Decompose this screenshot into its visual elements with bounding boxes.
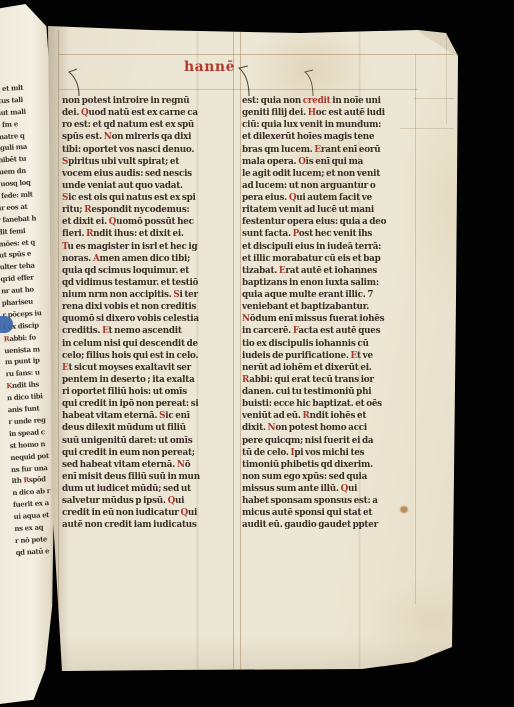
ink-segment: nium nrm non accipitis. <box>62 290 173 300</box>
text-line: et dilexerūt hoīes magis tene <box>242 131 416 143</box>
ink-segment: phibēt tu <box>0 154 26 165</box>
ink-segment: ic enī <box>165 411 190 421</box>
ink-segment: nerūt ad iohēm et dixerūt ei. <box>242 363 372 373</box>
ink-segment: non potest introire in regnū <box>62 96 189 106</box>
text-line: ritu; Respondit nycodemus: <box>62 204 236 216</box>
ink-segment: unde veniat aut quo vadat. <box>62 181 183 191</box>
ink-segment: geniti filij dei. <box>242 108 308 118</box>
ruling-line <box>58 54 454 55</box>
rubric-segment: credit <box>303 96 331 106</box>
ink-segment: uomō possūt hec <box>116 217 194 227</box>
text-line: vocem eius audis: sed nescis <box>62 168 236 180</box>
rubric-segment: N <box>104 132 112 142</box>
rubric-segment: N <box>177 460 185 470</box>
ink-segment: men amen dico tibi; <box>100 254 191 264</box>
text-line: qd vidimus testamur. et testiō <box>62 277 236 289</box>
text-line: ad lucem: ut non arguantur o <box>242 180 416 192</box>
ink-segment: fuerit ex a <box>13 498 49 509</box>
ink-segment: anis funt <box>7 404 39 415</box>
ink-segment: qui credit in eum non pereat; <box>62 448 195 458</box>
text-line: suū unigenitū daret: ut omīs <box>62 435 236 447</box>
ink-segment: ui <box>188 508 197 518</box>
ink-segment: spōd <box>29 475 46 485</box>
ink-segment: uod natū est ex carne ca <box>88 108 197 118</box>
ruling-line <box>58 30 59 670</box>
text-line: ri oportet filiū hois: ut omīs <box>62 386 236 398</box>
ink-segment: pera eius. <box>242 193 289 203</box>
ink-segment: rat autē et iohannes <box>285 266 377 276</box>
text-line: veniūt ad eū. Rndit iohēs et <box>242 410 416 422</box>
ink-segment: veniūt ad eū. <box>242 411 303 421</box>
rubric-segment: N <box>242 314 250 324</box>
ink-segment: spūs est. <box>62 132 104 142</box>
ink-segment: micus autē sponsi qui stat et <box>242 508 372 518</box>
ink-segment: deus dilexit mūdum ut filiū <box>62 423 186 433</box>
text-line: ritatem venit ad lucē ut mani <box>242 204 416 216</box>
ink-segment: ur eos at <box>0 202 28 213</box>
ink-segment: ns fur una <box>11 463 48 474</box>
text-line: sunt facta. Post hec venit ihs <box>242 228 416 240</box>
ink-segment: inguli ma <box>0 142 27 153</box>
text-line: dixit. Non potest homo acci <box>242 422 416 434</box>
ink-segment: ic est ois qui natus est ex spi <box>68 193 195 203</box>
text-line: qui credit in eum non pereat; <box>62 447 236 459</box>
text-line: habeat vitam eternā. Sic enī <box>62 410 236 422</box>
ruling-line <box>446 34 447 124</box>
ink-segment: baptizans in enon iuxta salim: <box>242 278 379 288</box>
ink-segment: t sicut moyses exaltavit ser <box>68 363 191 373</box>
ink-segment: ndit ihus: et dixit ei. <box>93 229 184 239</box>
text-line: tizabat. Erat autē et iohannes <box>242 265 416 277</box>
ink-segment: on mireris qa dixi <box>112 132 192 142</box>
ink-segment: bras qm lucem. <box>242 145 314 155</box>
ink-segment: creditis. <box>62 326 102 336</box>
ink-segment: enī misit deus filiū suū in mun <box>62 472 200 482</box>
ink-segment: noras. <box>62 254 93 264</box>
ink-segment: ō <box>185 460 191 470</box>
text-line: fieri. Rndit ihus: et dixit ei. <box>62 228 236 240</box>
text-line: le agit odit lucem; et non venit <box>242 168 416 180</box>
text-line: rena dixi vobis et non creditis <box>62 301 236 313</box>
text-line: autē non credit iam iudicatus <box>62 519 236 531</box>
text-line: in celum nisi qui descendit de <box>62 338 236 350</box>
text-line: danen. cui tu testimoniū phi <box>242 386 416 398</box>
text-line: sed habeat vitam eternā. Nō <box>62 459 236 471</box>
text-line: quia aque multe erant illic. 7 <box>242 289 416 301</box>
text-line: in carcerē. Facta est autē ques <box>242 325 416 337</box>
ink-segment: credit in eū non iudicatur <box>62 508 180 518</box>
text-line: missus sum ante illū. Qui <box>242 483 416 495</box>
text-line: dum ut iudicet mūdū; sed ut <box>62 483 236 495</box>
ink-segment: ri oportet filiū hois: ut omīs <box>62 387 187 397</box>
text-line: Et sicut moyses exaltavit ser <box>62 362 236 374</box>
text-line: et discipuli eius in iudeā terrā: <box>242 241 416 253</box>
text-line: noras. Amen amen dico tibi; <box>62 253 236 265</box>
ink-segment: in celum nisi qui descendit de <box>62 339 198 349</box>
ink-segment: dit femi <box>0 226 26 237</box>
ink-segment: r fede: mlt <box>0 190 33 201</box>
ink-segment: mōes: et q <box>0 237 35 248</box>
ink-segment: pere quicqm; nisi fuerit ei da <box>242 436 373 446</box>
ink-segment: abbi: qui erat tecū trans ior <box>249 375 374 385</box>
ink-segment: habet sponsam sponsus est: a <box>242 496 378 506</box>
ink-segment: ns ex aq <box>14 522 43 533</box>
text-line: credit in eū non iudicatur Qui <box>62 507 236 519</box>
ink-segment: timoniū phibetis qd dixerim. <box>242 460 373 470</box>
ink-segment: st homo n <box>9 439 45 450</box>
ink-segment: pi vos michi tes <box>294 448 364 458</box>
ink-segment: n dico tibi <box>7 391 43 402</box>
ink-segment: le agit odit lucem; et non venit <box>242 169 380 179</box>
text-line: spūs est. Non mireris qa dixi <box>62 131 236 143</box>
ink-segment: et illic morabatur cū eis et bap <box>242 254 381 264</box>
ink-segment: ost hec venit ihs <box>299 229 372 239</box>
rubric-segment: Q <box>341 484 348 494</box>
text-line: Sic est ois qui natus est ex spi <box>62 192 236 204</box>
ink-segment: missus sum ante illū. <box>242 484 341 494</box>
ink-segment: et dixit ei. <box>62 217 109 227</box>
ink-segment: ritatem venit ad lucē ut mani <box>242 205 374 215</box>
ink-segment: suū unigenitū daret: ut omīs <box>62 436 192 446</box>
text-line: micus autē sponsi qui stat et <box>242 507 416 519</box>
ink-segment: rni et mlt <box>0 83 23 94</box>
ink-segment: habeat vitam eternā. <box>62 411 159 421</box>
ink-segment: tizabat. <box>242 266 279 276</box>
text-line: tibi: oportet vos nasci denuo. <box>62 144 236 156</box>
ink-segment: i ter <box>179 290 197 300</box>
ink-segment: īs enī qui ma <box>306 157 363 167</box>
text-line: festentur opera eius: quia a deo <box>242 216 416 228</box>
text-line: celo; filius hois qui est in celo. <box>62 350 236 362</box>
text-line: veniebant et baptizabantur. <box>242 301 416 313</box>
ink-segment: audit eū. gaudio gaudet ppter <box>242 520 378 530</box>
ink-segment: veniebant et baptizabantur. <box>242 302 369 312</box>
ink-segment: qd vidimus testamur. et testiō <box>62 278 198 288</box>
text-line: enī misit deus filiū suū in mun <box>62 471 236 483</box>
photo-black-background: { "page": { "header": "hannē", "columns"… <box>0 0 514 707</box>
text-line: pentem in deserto ; ita exalta <box>62 374 236 386</box>
ink-segment: quia qd scimus loquimur. et <box>62 266 189 276</box>
text-line: tū de celo. Ipi vos michi tes <box>242 447 416 459</box>
ink-segment: r unde reg <box>8 415 46 426</box>
ink-segment: nequid pot <box>10 451 49 462</box>
ruling-line <box>240 30 241 670</box>
text-line: baptizans in enon iuxta salim: <box>242 277 416 289</box>
text-line: ciū: quia lux venit in mundum: <box>242 119 416 131</box>
ink-segment: r fanebat h <box>0 213 36 224</box>
text-line: bras qm lucem. Erant enī eorū <box>242 144 416 156</box>
text-line: qui credit in ipō non pereat: si <box>62 398 236 410</box>
ink-segment: ui <box>348 484 357 494</box>
rubric-segment: A <box>93 254 100 264</box>
text-line: buisti: ecce hic baptizat. et oēs <box>242 398 416 410</box>
text-line: salvetur mūdus p ipsū. Qui <box>62 495 236 507</box>
ink-segment: acta est autē ques <box>298 326 380 336</box>
ink-segment: qrid effer <box>0 273 34 284</box>
ink-segment: fieri. <box>62 229 86 239</box>
ink-segment: on potest homo acci <box>275 423 367 433</box>
ink-segment: mala opera. <box>242 157 298 167</box>
ink-segment: vocem eius audis: sed nescis <box>62 169 192 179</box>
ink-segment: pentem in deserto ; ita exalta <box>62 375 195 385</box>
ink-segment: qui credit in ipō non pereat: si <box>62 399 198 409</box>
ink-segment: danen. cui tu testimoniū phi <box>242 387 371 397</box>
ink-segment: piritus ubi vult spirat; et <box>68 157 179 167</box>
ink-spot <box>400 506 408 513</box>
text-line: iudeis de purificatione. Et ve <box>242 350 416 362</box>
ink-segment: et dilexerūt hoīes magis tene <box>242 132 374 142</box>
ink-segment: oc est autē iudi <box>316 108 385 118</box>
ink-segment: quia aque multe erant illic. 7 <box>242 290 373 300</box>
ink-segment: iudeis de purificatione. <box>242 351 351 361</box>
text-line: deus dilexit mūdum ut filiū <box>62 422 236 434</box>
left-text-column: non potest introire in regnūdei. Quod na… <box>62 95 236 532</box>
ruling-line <box>58 89 418 90</box>
ink-segment: in noīe uni <box>330 96 380 106</box>
rubric-segment: H <box>308 108 316 118</box>
text-line: quia qd scimus loquimur. et <box>62 265 236 277</box>
rubric-segment: O <box>298 157 305 167</box>
ink-segment: dum ut iudicet mūdū; sed ut <box>62 484 191 494</box>
ink-segment: ui aqua et <box>13 510 49 521</box>
ink-segment: espondit nycodemus: <box>91 205 189 215</box>
bottom-edge-shading <box>52 636 454 670</box>
ink-segment: quomō si dixero vobis celestia <box>62 314 199 324</box>
text-line: dei. Quod natū est ex carne ca <box>62 107 236 119</box>
ink-segment: ut spūs e <box>0 249 31 260</box>
ink-segment: r uosq loq <box>0 178 31 189</box>
ink-segment: nr aut ho <box>1 285 34 296</box>
text-line: creditis. Et nemo ascendit <box>62 325 236 337</box>
ink-segment: ōdum enī missus fuerat iohēs <box>250 314 385 324</box>
ink-segment: ritu; <box>62 205 84 215</box>
text-line: nerūt ad iohēm et dixerūt ei. <box>242 362 416 374</box>
ink-segment: sunt facta. <box>242 229 293 239</box>
text-line: non potest introire in regnū <box>62 95 236 107</box>
ink-segment: ro est: et qd natum est ex spū <box>62 120 194 130</box>
ink-segment: dixit. <box>242 423 268 433</box>
ink-segment: n dico ab r <box>12 486 50 497</box>
ink-segment: ndit iohēs et <box>310 411 367 421</box>
ink-segment: rant enī eorū <box>321 145 381 155</box>
ink-segment: abbi: fo <box>9 332 36 342</box>
ink-segment: non sum ego xpūs: sed quia <box>242 472 367 482</box>
text-line: est: quia non credit in noīe uni <box>242 95 416 107</box>
ink-segment: et discipuli eius in iudeā terrā: <box>242 242 381 252</box>
ink-segment: amatre q <box>0 130 25 141</box>
text-line: ro est: et qd natum est ex spū <box>62 119 236 131</box>
ink-segment: ulter teha <box>0 261 35 272</box>
ink-segment: celo; filius hois qui est in celo. <box>62 351 198 361</box>
ink-segment: est: quia non <box>242 96 303 106</box>
ink-segment: ui autem facit ve <box>296 193 372 203</box>
text-line: pera eius. Qui autem facit ve <box>242 192 416 204</box>
ink-segment: t ve <box>357 351 373 361</box>
rubric-segment: R <box>303 411 310 421</box>
ink-segment: salvetur mūdus p ipsū. <box>62 496 168 506</box>
ink-segment: r aut mali <box>0 107 26 118</box>
ink-segment: phariseu <box>1 297 33 308</box>
ink-segment: ru fans: u <box>5 368 39 379</box>
ink-segment: dei. <box>62 108 81 118</box>
text-line: habet sponsam sponsus est: a <box>242 495 416 507</box>
ink-segment: uenista m <box>4 344 40 355</box>
rubric-segment: Q <box>168 496 175 506</box>
ink-segment: u es magister in isrl et hec ig <box>68 242 198 252</box>
ink-segment: festentur opera eius: quia a deo <box>242 217 386 227</box>
text-line: pere quicqm; nisi fuerit ei da <box>242 435 416 447</box>
ink-segment: iritus tali <box>0 95 23 106</box>
ink-segment: qd natū e <box>15 546 49 557</box>
ink-segment: ui <box>175 496 184 506</box>
text-line: mala opera. Oīs enī qui ma <box>242 156 416 168</box>
ink-segment: tū de celo. <box>242 448 290 458</box>
ink-segment: t nemo ascendit <box>109 326 182 336</box>
ink-segment: in spead c <box>9 427 45 438</box>
ink-segment: r nō pote <box>15 534 47 545</box>
ink-segment: ad lucem: ut non arguantur o <box>242 181 375 191</box>
text-line: et illic morabatur cū eis et bap <box>242 253 416 265</box>
ink-segment: ith <box>11 476 23 486</box>
ink-segment: autē non credit iam iudicatus <box>62 520 197 530</box>
text-line: unde veniat aut quo vadat. <box>62 180 236 192</box>
right-text-column: est: quia non credit in noīe unigeniti f… <box>242 95 416 532</box>
ink-segment: us fm e <box>0 119 18 129</box>
ink-segment: buisti: ecce hic baptizat. et oēs <box>242 399 382 409</box>
text-line: Rabbi: qui erat tecū trans ior <box>242 374 416 386</box>
ink-segment: rena dixi vobis et non creditis <box>62 302 196 312</box>
text-line: geniti filij dei. Hoc est autē iudi <box>242 107 416 119</box>
ink-segment: m punt ip <box>5 356 40 367</box>
ink-segment: ndit ihs <box>12 380 39 390</box>
text-line: Spiritus ubi vult spirat; et <box>62 156 236 168</box>
text-line: tio ex discipulis iohannis cū <box>242 338 416 350</box>
ink-segment: in carcerē. <box>242 326 293 336</box>
ink-segment: tibi: oportet vos nasci denuo. <box>62 145 194 155</box>
ink-segment: quem dn <box>0 166 26 177</box>
ink-segment: tio ex discipulis iohannis cū <box>242 339 369 349</box>
rubric-segment: Q <box>180 508 187 518</box>
text-line: audit eū. gaudio gaudet ppter <box>242 519 416 531</box>
ruling-line <box>414 98 454 99</box>
ink-segment: ciū: quia lux venit in mundum: <box>242 120 381 130</box>
text-line: non sum ego xpūs: sed quia <box>242 471 416 483</box>
text-line: et dixit ei. Quomō possūt hec <box>62 216 236 228</box>
manuscript-page: hannē non potest introire in regnūdei. Q… <box>0 0 514 707</box>
text-line: Tu es magister in isrl et hec ig <box>62 241 236 253</box>
ink-segment: sed habeat vitam eternā. <box>62 460 177 470</box>
text-line: quomō si dixero vobis celestia <box>62 313 236 325</box>
running-title: hannē <box>184 59 235 75</box>
text-line: timoniū phibetis qd dixerim. <box>242 459 416 471</box>
text-line: Nōdum enī missus fuerat iohēs <box>242 313 416 325</box>
text-line: nium nrm non accipitis. Si ter <box>62 289 236 301</box>
